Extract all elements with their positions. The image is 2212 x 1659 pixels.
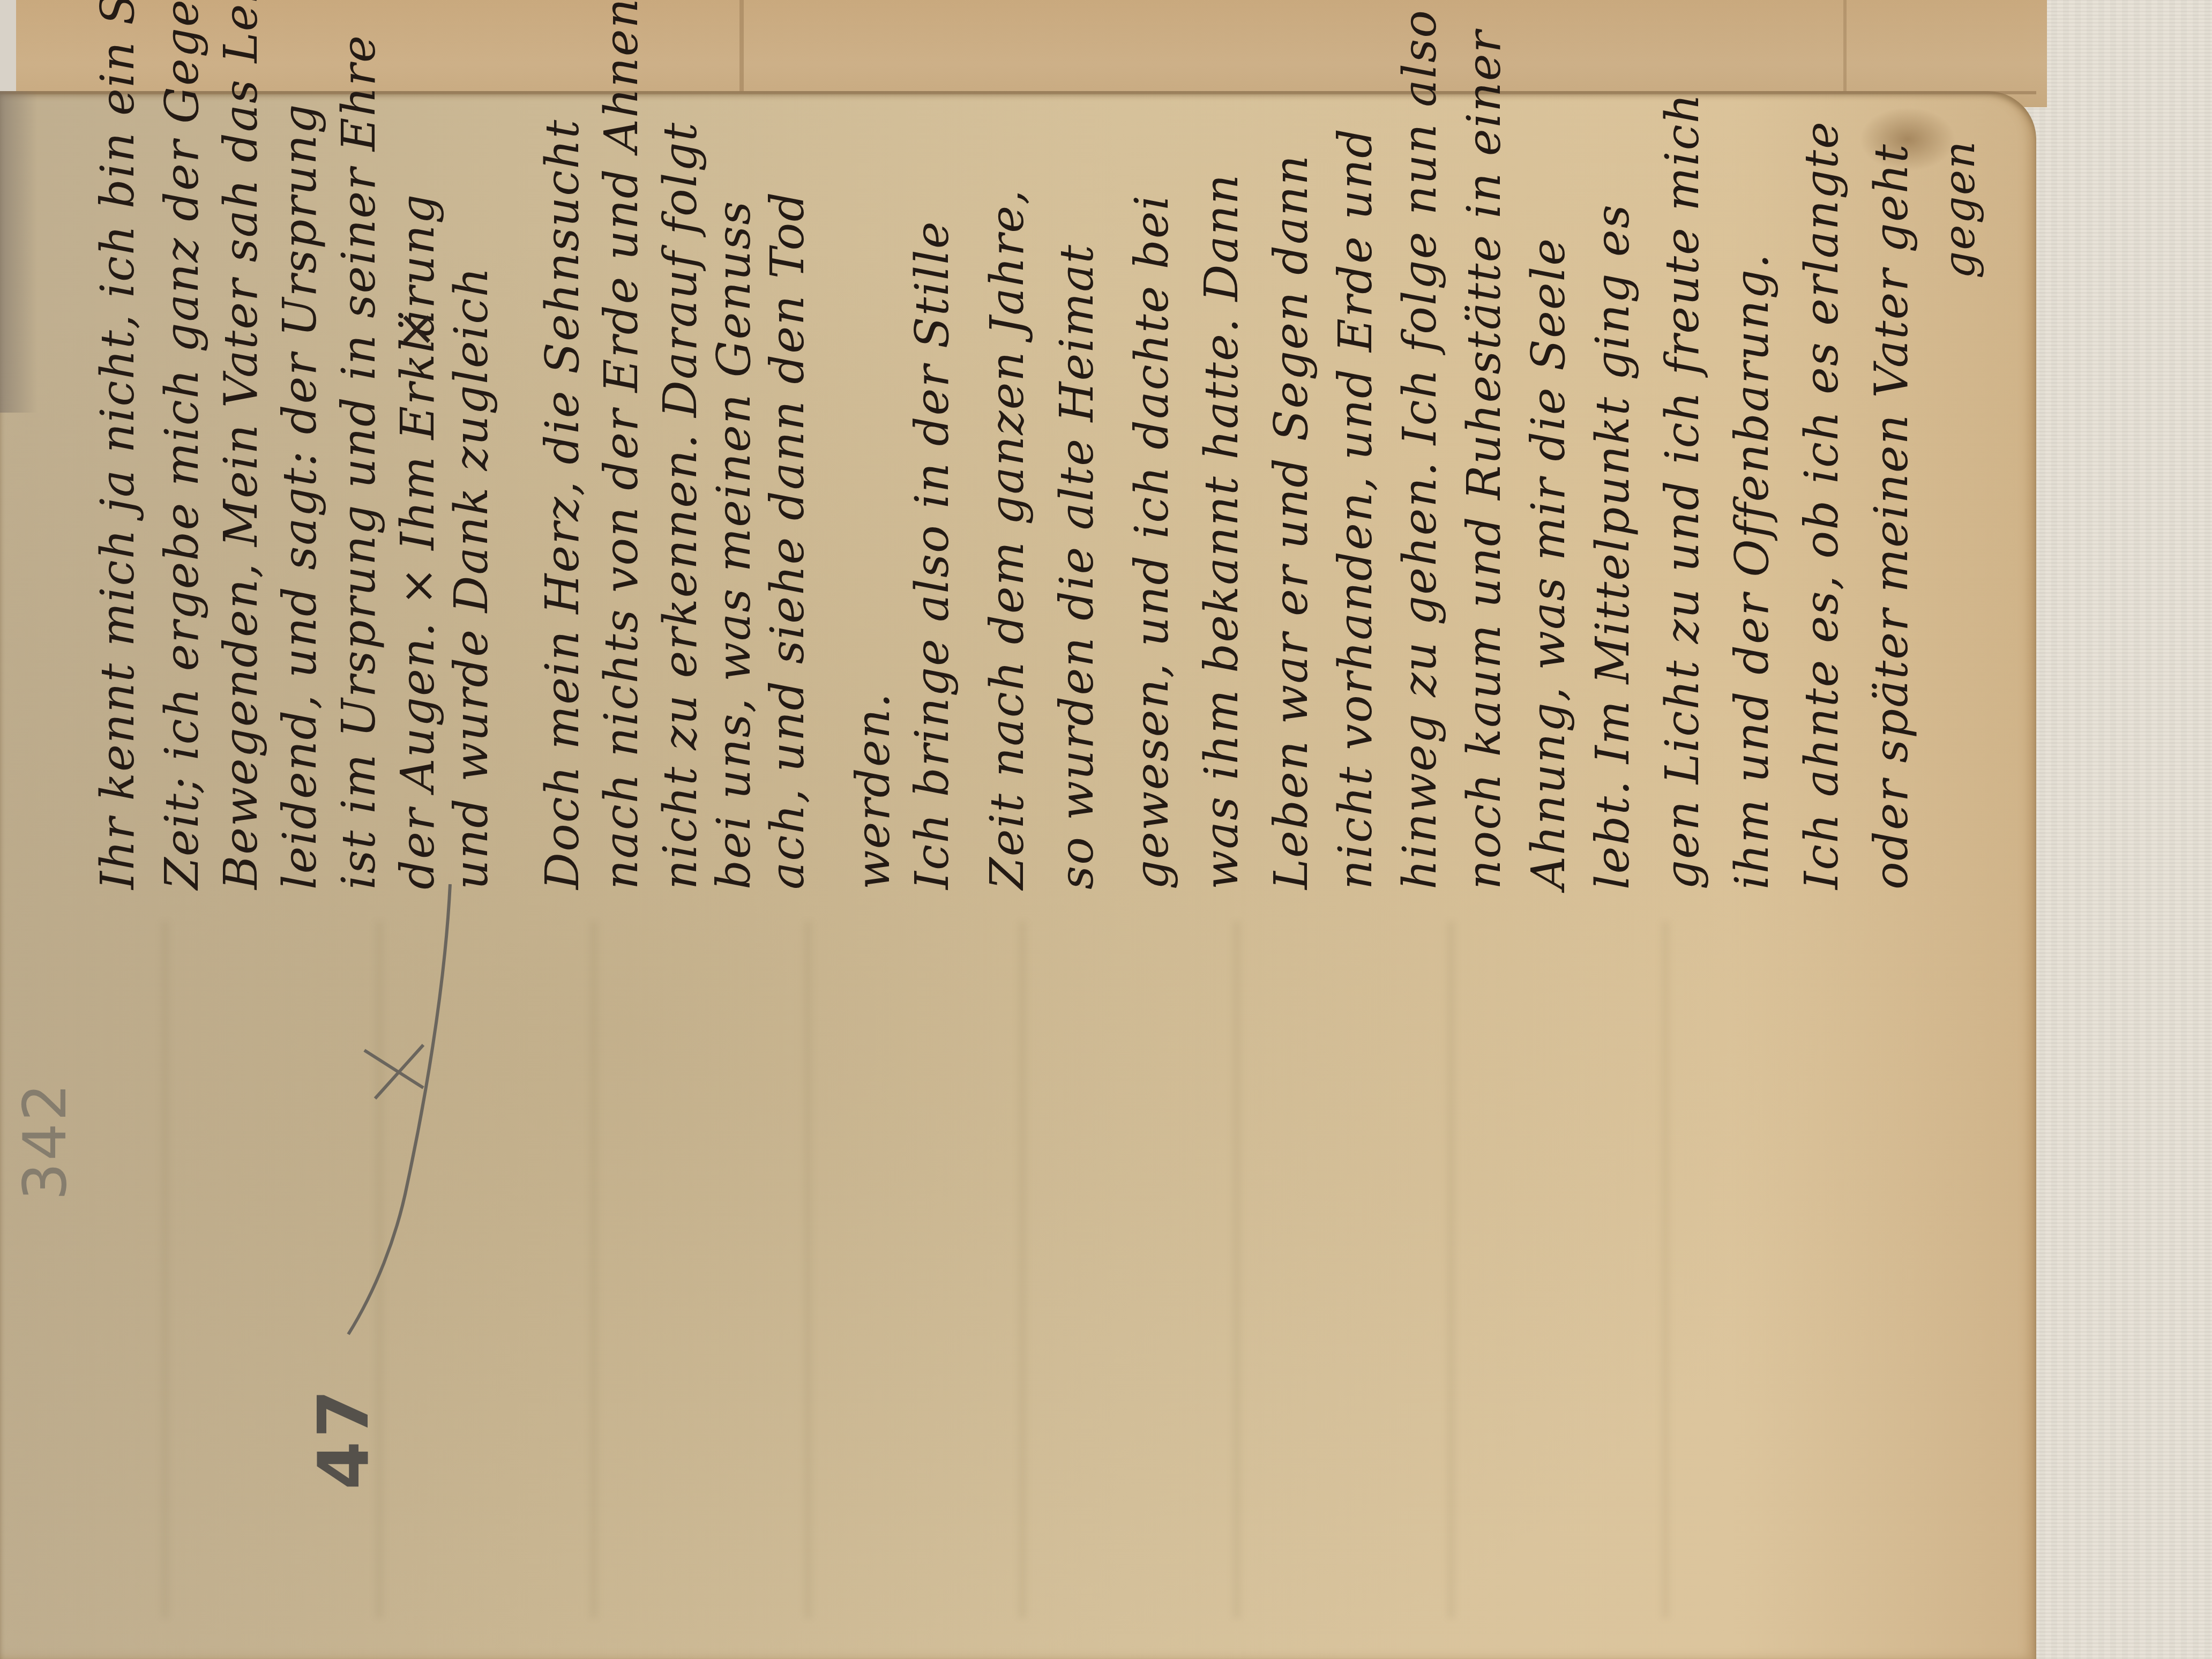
manuscript-line: so wurden die alte Heimat: [1050, 244, 1104, 890]
manuscript-line: Doch mein Herz, die Sehnsucht: [536, 119, 589, 890]
bleed-through-band: [1447, 922, 1455, 1618]
manuscript-line: ist im Ursprung und in seiner Ehre: [332, 34, 386, 890]
gutter-shadow: [0, 91, 38, 413]
manuscript-line: der Augen. × Ihm Erklärung: [391, 193, 445, 890]
manuscript-line: lebt. Im Mittelpunkt ging es: [1586, 204, 1640, 890]
pencil-marginal-number: 47: [303, 1386, 384, 1490]
manuscript-line: Bewegenden, Mein Vater sah das Leben: [214, 0, 268, 890]
bleed-through-band: [1232, 922, 1241, 1618]
manuscript-line: nach nichts von der Erde und Ahnen: [595, 0, 648, 890]
manuscript-line: was ihm bekannt hatte. Dann: [1195, 174, 1249, 890]
manuscript-line: hinweg zu gehen. Ich folge nun also: [1393, 9, 1447, 890]
manuscript-line: Leben war er und Segen dann: [1265, 154, 1318, 890]
catchword: gegen: [1934, 140, 1984, 279]
manuscript-line: Ihr kennt mich ja nicht, ich bin ein Soh…: [91, 0, 145, 890]
manuscript-line: Ich bringe also in der Stille: [906, 220, 959, 890]
pencil-connector-line: [343, 884, 466, 1340]
bleed-through-band: [1661, 922, 1670, 1618]
manuscript-line: ach, und siehe dann den Tod: [761, 191, 814, 890]
manuscript-line: noch kaum und Ruhestätte in einer: [1458, 29, 1511, 890]
manuscript-line: Ich ahnte es, ob ich es erlangte: [1795, 121, 1849, 890]
manuscript-line: gewesen, und ich dachte bei: [1125, 195, 1179, 890]
insertion-mark: ×: [397, 300, 437, 356]
bleed-through-band: [804, 922, 812, 1618]
manuscript-line: bei uns, was meinen Genuss: [707, 200, 761, 890]
page-top-edge: [0, 91, 2036, 94]
manuscript-photo: 342 47 Ihr kennt mich ja nicht, ich bin …: [0, 0, 2212, 1659]
manuscript-line: Zeit nach dem ganzen Jahre,: [981, 189, 1034, 890]
manuscript-line: nicht vorhanden, und Erde und: [1329, 128, 1382, 890]
sheet-fold-crease-right: [1843, 0, 1847, 102]
manuscript-line: ihm und der Offenbarung.: [1725, 253, 1779, 890]
manuscript-line: und wurde Dank zugleich: [445, 266, 498, 890]
manuscript-line: leidend, und sagt: der Ursprung: [273, 103, 327, 890]
manuscript-line: nicht zu erkennen. Darauf folgt: [654, 122, 707, 890]
bleed-through-band: [1018, 922, 1027, 1618]
bleed-through-band: [589, 922, 598, 1618]
manuscript-line: gen Licht zu und ich freute mich: [1656, 93, 1709, 890]
sheet-fold-crease: [739, 0, 744, 99]
pencil-folio-number: 342: [11, 1081, 79, 1200]
manuscript-line: Zeit; ich ergebe mich ganz der Gegenwart…: [155, 0, 209, 890]
manuscript-line: oder später meinen Vater geht: [1865, 143, 1918, 890]
manuscript-line: werden.: [847, 692, 900, 890]
bleed-through-band: [161, 922, 169, 1618]
manuscript-line: Ahnung, was mir die Seele: [1522, 237, 1575, 890]
